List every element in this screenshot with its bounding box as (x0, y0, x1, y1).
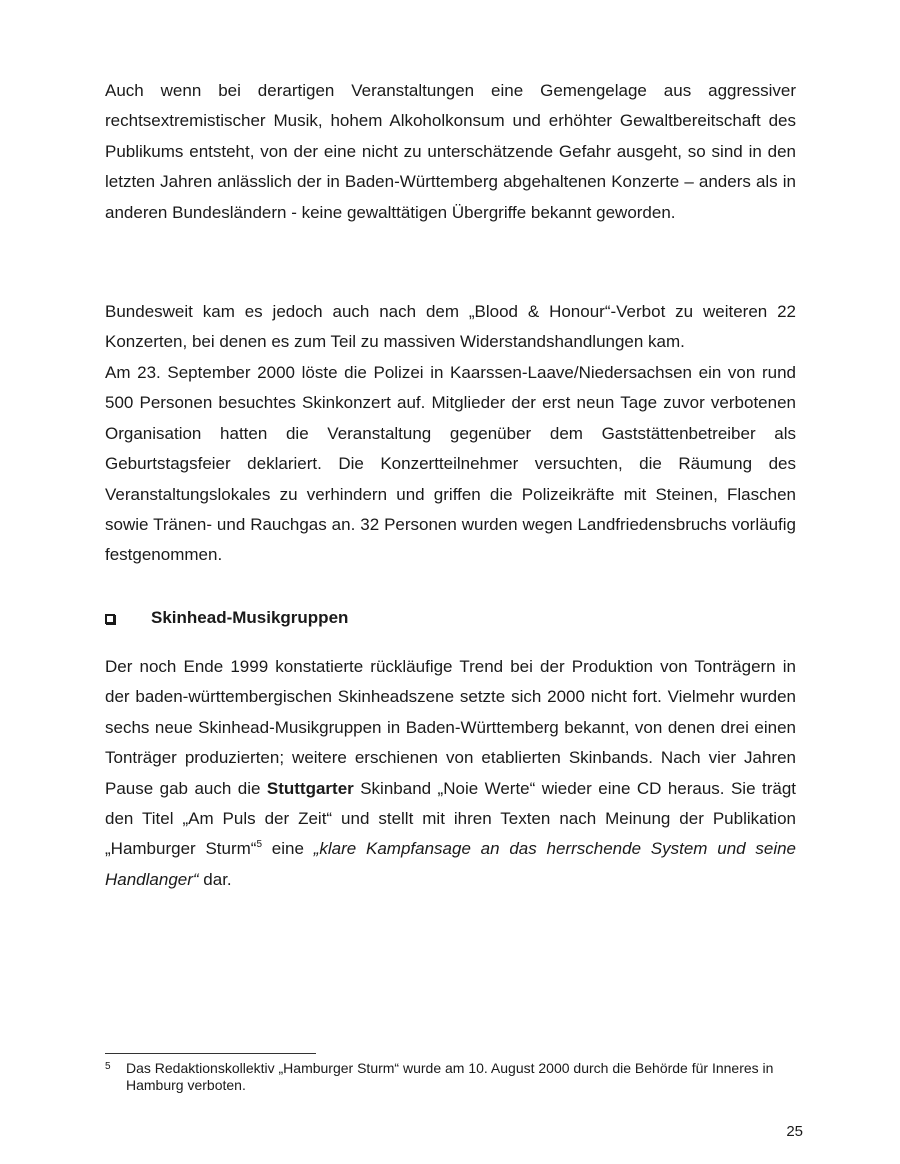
paragraph-text: dar. (199, 870, 232, 889)
paragraph-text: Der noch Ende 1999 konstatierte rückläuf… (105, 657, 796, 798)
footnote-number: 5 (105, 1058, 111, 1075)
document-page: Auch wenn bei derartigen Veranstaltungen… (0, 0, 900, 1164)
paragraph-music-groups: Der noch Ende 1999 konstatierte rückläuf… (105, 652, 796, 895)
section-heading-text: Skinhead-Musikgruppen (151, 608, 348, 627)
footnote: 5 Das Redaktionskollektiv „Hamburger Stu… (105, 1060, 805, 1094)
paragraph-text: eine (262, 839, 314, 858)
checkbox-square-icon (105, 614, 115, 624)
paragraph-kaarssen-laave: Am 23. September 2000 löste die Polizei … (105, 358, 796, 571)
footnote-text: Das Redaktionskollektiv „Hamburger Sturm… (105, 1060, 805, 1094)
section-heading: Skinhead-Musikgruppen (105, 603, 348, 633)
footnote-separator (105, 1053, 316, 1054)
bold-stuttgarter: Stuttgarter (267, 779, 354, 798)
page-number: 25 (760, 1123, 803, 1140)
paragraph-blood-honour: Bundesweit kam es jedoch auch nach dem „… (105, 297, 796, 358)
paragraph-concerts-violence: Auch wenn bei derartigen Veranstaltungen… (105, 76, 796, 228)
